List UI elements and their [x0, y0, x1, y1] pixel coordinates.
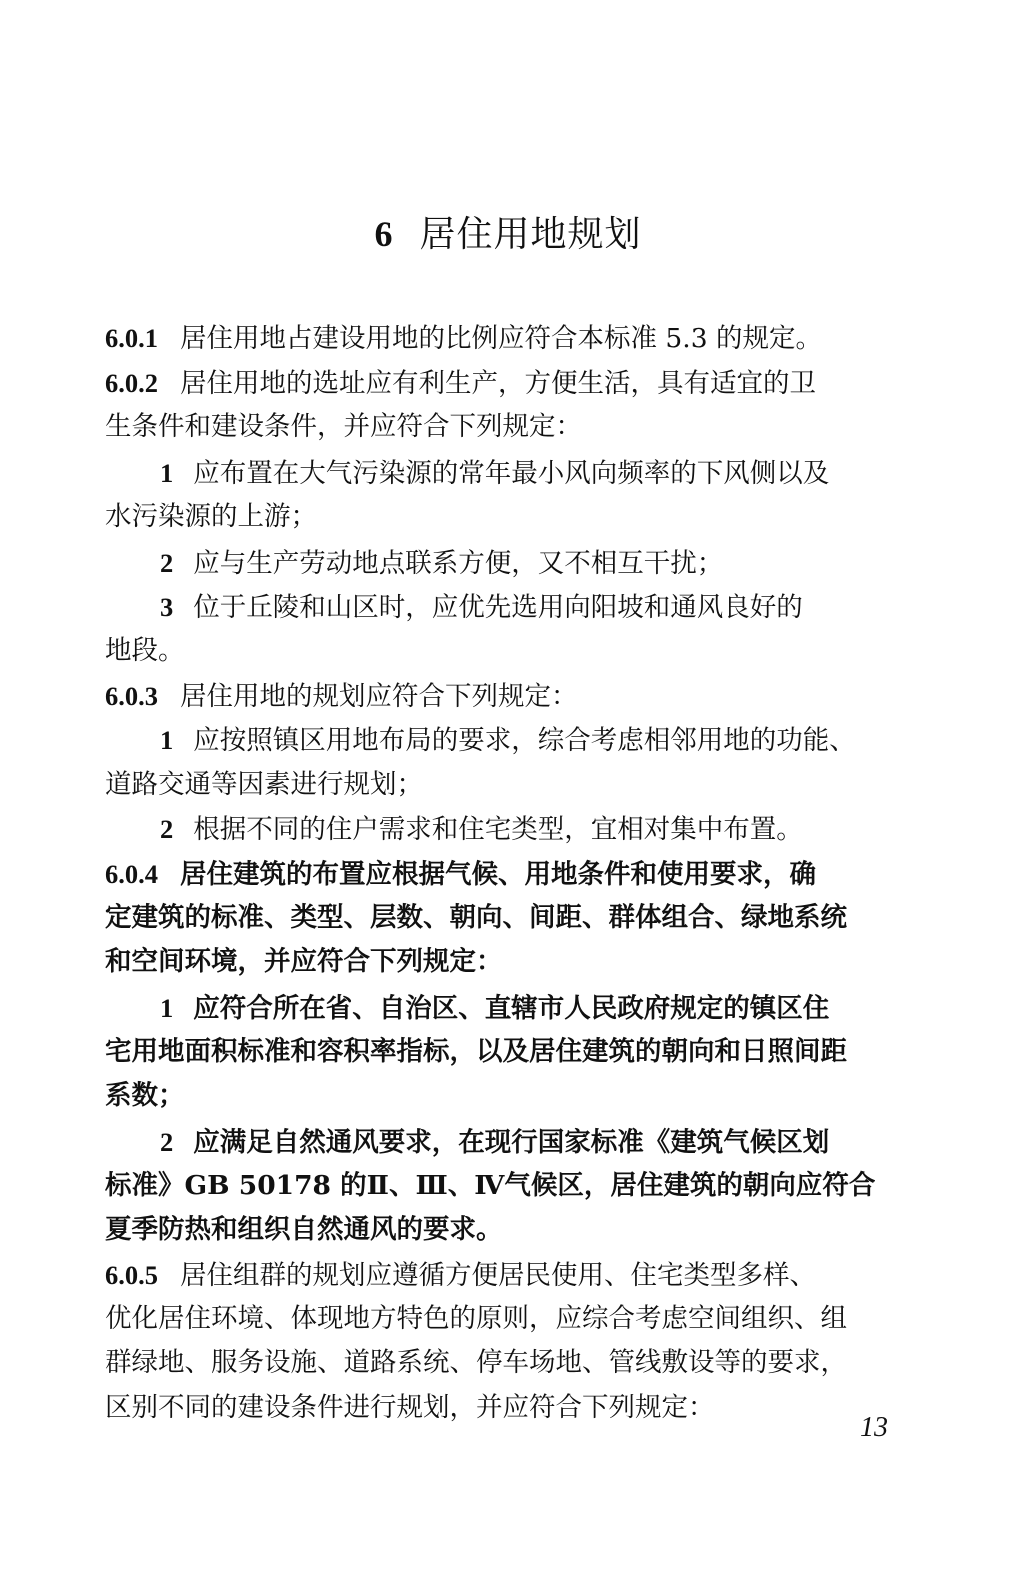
- line-text: 定建筑的标准、类型、层数、朝向、间距、群体组合、绿地系统: [105, 902, 847, 933]
- line-text: 生条件和建设条件，并应符合下列规定：: [105, 411, 582, 442]
- clause-line: 6.0.2居住用地的选址应有利生产，方便生活，具有适宜的卫: [105, 363, 816, 404]
- list-item-line: 1应符合所在省、自治区、直辖市人民政府规定的镇区住: [160, 988, 829, 1029]
- text-line: 区别不同的建设条件进行规划，并应符合下列规定：: [105, 1388, 715, 1428]
- item-number: 3: [160, 592, 173, 622]
- clause-line: 6.0.1居住用地占建设用地的比例应符合本标准 5.3 的规定。: [105, 318, 822, 359]
- line-text: 地段。: [105, 635, 185, 666]
- list-item-line: 2根据不同的住户需求和住宅类型，宜相对集中布置。: [160, 809, 803, 850]
- list-item-line: 1应按照镇区用地布局的要求，综合考虑相邻用地的功能、: [160, 720, 856, 761]
- line-text: 道路交通等因素进行规划；: [105, 769, 423, 800]
- line-text: 根据不同的住户需求和住宅类型，宜相对集中布置。: [193, 814, 803, 845]
- item-number: 1: [160, 458, 173, 488]
- item-number: 2: [160, 814, 173, 844]
- clause-line: 6.0.5居住组群的规划应遵循方便居民使用、住宅类型多样、: [105, 1255, 816, 1296]
- text-line: 夏季防热和组织自然通风的要求。: [105, 1210, 503, 1250]
- text-line: 群绿地、服务设施、道路系统、停车场地、管线敷设等的要求，: [105, 1343, 847, 1383]
- text-line: 宅用地面积标准和容积率指标，以及居住建筑的朝向和日照间距: [105, 1032, 847, 1072]
- clause-number: 6.0.2: [105, 368, 158, 398]
- page-number: 13: [860, 1412, 888, 1444]
- item-number: 2: [160, 1127, 173, 1157]
- item-number: 1: [160, 993, 173, 1023]
- list-item-line: 2应与生产劳动地点联系方便，又不相互干扰；: [160, 543, 723, 584]
- line-text: 水污染源的上游；: [105, 501, 317, 532]
- line-text: 应按照镇区用地布局的要求，综合考虑相邻用地的功能、: [193, 725, 856, 756]
- text-line: 生条件和建设条件，并应符合下列规定：: [105, 407, 582, 447]
- line-text: 系数；: [105, 1080, 185, 1111]
- item-number: 2: [160, 548, 173, 578]
- clause-number: 6.0.1: [105, 323, 158, 353]
- chapter-title-text: 居住用地规划: [419, 214, 641, 255]
- line-text: 夏季防热和组织自然通风的要求。: [105, 1214, 503, 1245]
- line-text: 标准》GB 50178 的Ⅱ、Ⅲ、Ⅳ气候区，居住建筑的朝向应符合: [105, 1170, 875, 1201]
- clause-number: 6.0.5: [105, 1260, 158, 1290]
- text-line: 水污染源的上游；: [105, 497, 317, 537]
- chapter-title: 6居住用地规划: [0, 206, 1016, 257]
- line-text: 宅用地面积标准和容积率指标，以及居住建筑的朝向和日照间距: [105, 1036, 847, 1067]
- text-line: 优化居住环境、体现地方特色的原则，应综合考虑空间组织、组: [105, 1299, 847, 1339]
- list-item-line: 3位于丘陵和山区时，应优先选用向阳坡和通风良好的: [160, 587, 803, 628]
- line-text: 群绿地、服务设施、道路系统、停车场地、管线敷设等的要求，: [105, 1347, 847, 1378]
- text-line: 定建筑的标准、类型、层数、朝向、间距、群体组合、绿地系统: [105, 898, 847, 938]
- line-text: 和空间环境，并应符合下列规定：: [105, 946, 503, 977]
- list-item-line: 2应满足自然通风要求，在现行国家标准《建筑气候区划: [160, 1122, 829, 1163]
- line-text: 位于丘陵和山区时，应优先选用向阳坡和通风良好的: [193, 592, 803, 623]
- line-text: 应满足自然通风要求，在现行国家标准《建筑气候区划: [193, 1127, 829, 1158]
- line-text: 居住用地的规划应符合下列规定：: [180, 681, 578, 712]
- clause-line: 6.0.3居住用地的规划应符合下列规定：: [105, 676, 578, 717]
- line-text: 应布置在大气污染源的常年最小风向频率的下风侧以及: [193, 458, 829, 489]
- item-number: 1: [160, 725, 173, 755]
- text-line: 地段。: [105, 631, 185, 671]
- line-text: 优化居住环境、体现地方特色的原则，应综合考虑空间组织、组: [105, 1303, 847, 1334]
- clause-number: 6.0.4: [105, 859, 158, 889]
- clause-line: 6.0.4居住建筑的布置应根据气候、用地条件和使用要求，确: [105, 854, 816, 895]
- line-text: 居住用地占建设用地的比例应符合本标准 5.3 的规定。: [180, 323, 822, 354]
- line-text: 应符合所在省、自治区、直辖市人民政府规定的镇区住: [193, 993, 829, 1024]
- text-line: 标准》GB 50178 的Ⅱ、Ⅲ、Ⅳ气候区，居住建筑的朝向应符合: [105, 1166, 875, 1206]
- text-line: 系数；: [105, 1076, 185, 1116]
- clause-number: 6.0.3: [105, 681, 158, 711]
- chapter-number: 6: [374, 214, 393, 254]
- line-text: 居住组群的规划应遵循方便居民使用、住宅类型多样、: [180, 1260, 816, 1291]
- line-text: 应与生产劳动地点联系方便，又不相互干扰；: [193, 548, 723, 579]
- text-line: 道路交通等因素进行规划；: [105, 765, 423, 805]
- text-line: 和空间环境，并应符合下列规定：: [105, 942, 503, 982]
- line-text: 居住用地的选址应有利生产，方便生活，具有适宜的卫: [180, 368, 816, 399]
- line-text: 居住建筑的布置应根据气候、用地条件和使用要求，确: [180, 859, 816, 890]
- list-item-line: 1应布置在大气污染源的常年最小风向频率的下风侧以及: [160, 453, 829, 494]
- line-text: 区别不同的建设条件进行规划，并应符合下列规定：: [105, 1392, 715, 1423]
